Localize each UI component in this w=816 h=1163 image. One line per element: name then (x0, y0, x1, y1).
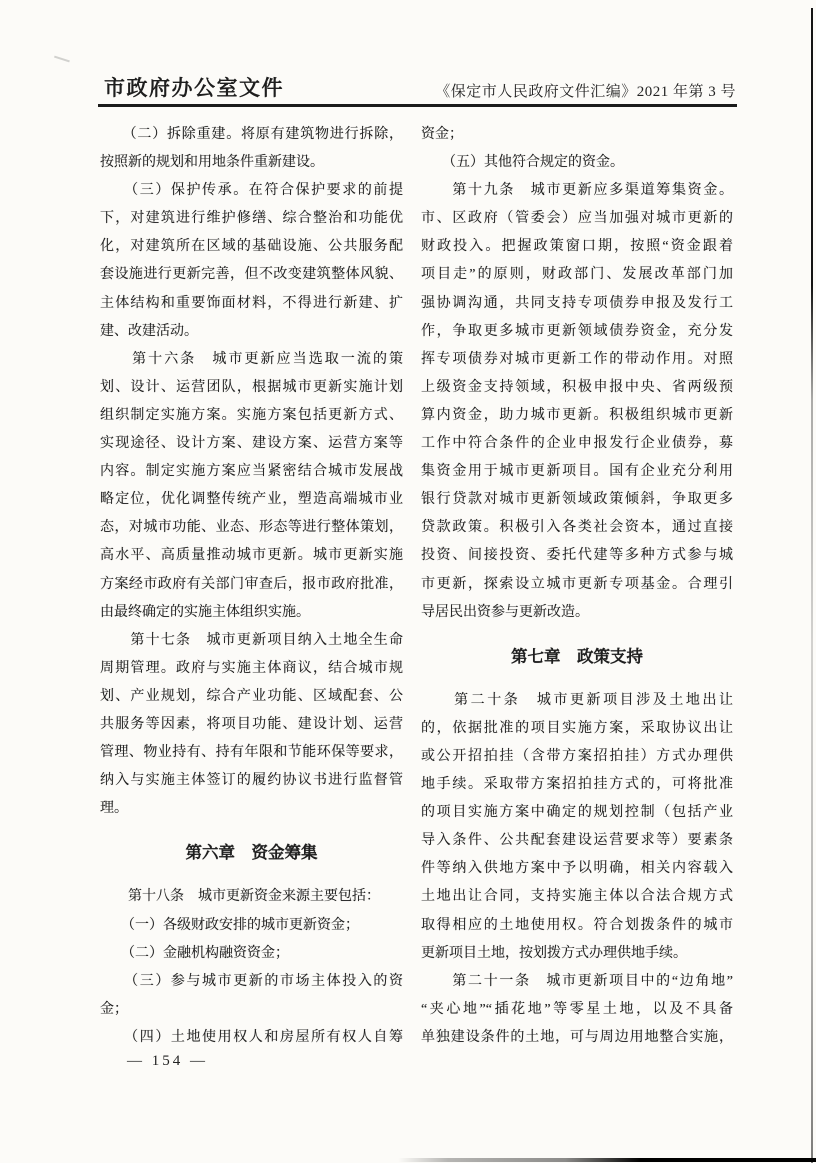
text-line: 化，对建筑所在区域的基础设施、公共服务配 (100, 233, 403, 261)
text-line: 高水平、高质量推动城市更新。城市更新实施 (100, 542, 403, 570)
text-line: 划、设计、运营团队，根据城市更新实施计划 (100, 374, 403, 402)
text-line: 地手续。采取带方案招拍挂方式的，可将批准 (421, 771, 733, 799)
text-line: 实现途径、设计方案、建设方案、运营方案等 (100, 430, 403, 458)
text-line: 方案经市政府有关部门审查后，报市政府批准， (100, 571, 403, 599)
text-line: 按照新的规划和用地条件重新建设。 (100, 149, 403, 177)
text-line: 下，对建筑进行维护修缮、综合整治和功能优 (100, 205, 403, 233)
text-line: 第十六条 城市更新应当选取一流的策 (100, 346, 403, 374)
text-line: 市更新，探索设立城市更新专项基金。合理引 (421, 571, 733, 599)
text-line: 组织制定实施方案。实施方案包括更新方式、 (100, 402, 403, 430)
text-line: 财政投入。把握政策窗口期，按照“资金跟着 (421, 233, 733, 261)
right-text-column: 资金； （五）其他符合规定的资金。 第十九条 城市更新应多渠道筹集资金。市、区政… (421, 121, 733, 1052)
text-line: 第十七条 城市更新项目纳入土地全生命 (100, 627, 403, 655)
text-line: 由最终确定的实施主体组织实施。 (100, 599, 403, 627)
text-line: 集资金用于城市更新项目。国有企业充分利用 (421, 458, 733, 486)
text-line: 共服务等因素，将项目功能、建设计划、运营 (100, 711, 403, 739)
text-line: （二）拆除重建。将原有建筑物进行拆除， (100, 121, 403, 149)
text-line: “夹心地”“插花地”等零星土地，以及不具备 (421, 996, 733, 1024)
chapter-heading: 第六章 资金筹集 (100, 839, 403, 867)
text-line: 理。 (100, 795, 403, 823)
text-line: 或公开招拍挂（含带方案招拍挂）方式办理供 (421, 743, 733, 771)
text-line: 的项目实施方案中确定的规划控制（包括产业 (421, 799, 733, 827)
text-line: 强协调沟通，共同支持专项债券申报及发行工 (421, 290, 733, 318)
text-line: 市、区政府（管委会）应当加强对城市更新的 (421, 205, 733, 233)
text-line: 资金； (421, 121, 733, 149)
text-line: 取得相应的土地使用权。符合划拨条件的城市 (421, 912, 733, 940)
header-right-title: 《保定市人民政府文件汇编》2021 年第 3 号 (435, 83, 736, 102)
text-line: 态，对城市功能、业态、形态等进行整体策划， (100, 514, 403, 542)
text-line: 主体结构和重要饰面材料，不得进行新建、扩 (100, 290, 403, 318)
text-line: 作，争取更多城市更新领域债券资金，充分发 (421, 318, 733, 346)
text-line: 项目走”的原则，财政部门、发展改革部门加 (421, 261, 733, 289)
header-rule (98, 104, 737, 107)
text-line: （四）土地使用权人和房屋所有权人自筹 (100, 1024, 403, 1052)
scan-edge-bottom (398, 1158, 816, 1162)
text-line: （二）金融机构融资资金； (100, 940, 403, 968)
left-text-column: （二）拆除重建。将原有建筑物进行拆除，按照新的规划和用地条件重新建设。 （三）保… (100, 121, 403, 1052)
text-line: 件等纳入供地方案中予以明确，相关内容载入 (421, 855, 733, 883)
scan-edge-right (811, 8, 813, 1163)
text-line: 的，依据批准的项目实施方案，采取协议出让 (421, 715, 733, 743)
text-line: 土地出让合同，支持实施主体以合法合规方式 (421, 883, 733, 911)
text-line: 第二十一条 城市更新项目中的“边角地” (421, 968, 733, 996)
text-line: 单独建设条件的土地，可与周边用地整合实施， (421, 1024, 733, 1052)
text-line: 导入条件、公共配套建设运营要求等）要素条 (421, 827, 733, 855)
text-line: 工作中符合条件的企业申报发行企业债券，募 (421, 430, 733, 458)
text-line: 更新项目土地，按划拨方式办理供地手续。 (421, 940, 733, 968)
text-line: 略定位，优化调整传统产业，塑造高端城市业 (100, 486, 403, 514)
text-line: 划、产业规划，综合产业功能、区域配套、公 (100, 683, 403, 711)
chapter-heading: 第七章 政策支持 (421, 643, 733, 671)
text-line: （五）其他符合规定的资金。 (421, 149, 733, 177)
text-line: （三）参与城市更新的市场主体投入的资 (100, 968, 403, 996)
pencil-mark-artifact (54, 56, 70, 62)
text-line: 贷款政策。积极引入各类社会资本，通过直接 (421, 514, 733, 542)
page-number: — 154 — (127, 1053, 208, 1070)
text-line: 金； (100, 996, 403, 1024)
text-line: 管理、物业持有、持有年限和节能环保等要求， (100, 739, 403, 767)
text-line: 挥专项债券对城市更新工作的带动作用。对照 (421, 346, 733, 374)
text-line: 第十九条 城市更新应多渠道筹集资金。 (421, 177, 733, 205)
text-line: 内容。制定实施方案应当紧密结合城市发展战 (100, 458, 403, 486)
text-line: 建、改建活动。 (100, 318, 403, 346)
header-left-title: 市政府办公室文件 (104, 76, 284, 102)
text-line: （三）保护传承。在符合保护要求的前提 (100, 177, 403, 205)
text-line: （一）各级财政安排的城市更新资金； (100, 912, 403, 940)
text-line: 银行贷款对城市更新领域政策倾斜，争取更多 (421, 486, 733, 514)
text-line: 第十八条 城市更新资金来源主要包括： (100, 883, 403, 911)
text-line: 上级资金支持领域，积极申报中央、省两级预 (421, 374, 733, 402)
text-line: 第二十条 城市更新项目涉及土地出让 (421, 687, 733, 715)
text-line: 导居民出资参与更新改造。 (421, 599, 733, 627)
scanned-document-page: 市政府办公室文件 《保定市人民政府文件汇编》2021 年第 3 号 （二）拆除重… (0, 0, 816, 1163)
text-line: 算内资金，助力城市更新。积极组织城市更新 (421, 402, 733, 430)
text-line: 投资、间接投资、委托代建等多种方式参与城 (421, 542, 733, 570)
text-line: 套设施进行更新完善，但不改变建筑整体风貌、 (100, 261, 403, 289)
text-line: 周期管理。政府与实施主体商议，结合城市规 (100, 655, 403, 683)
text-line: 纳入与实施主体签订的履约协议书进行监督管 (100, 767, 403, 795)
